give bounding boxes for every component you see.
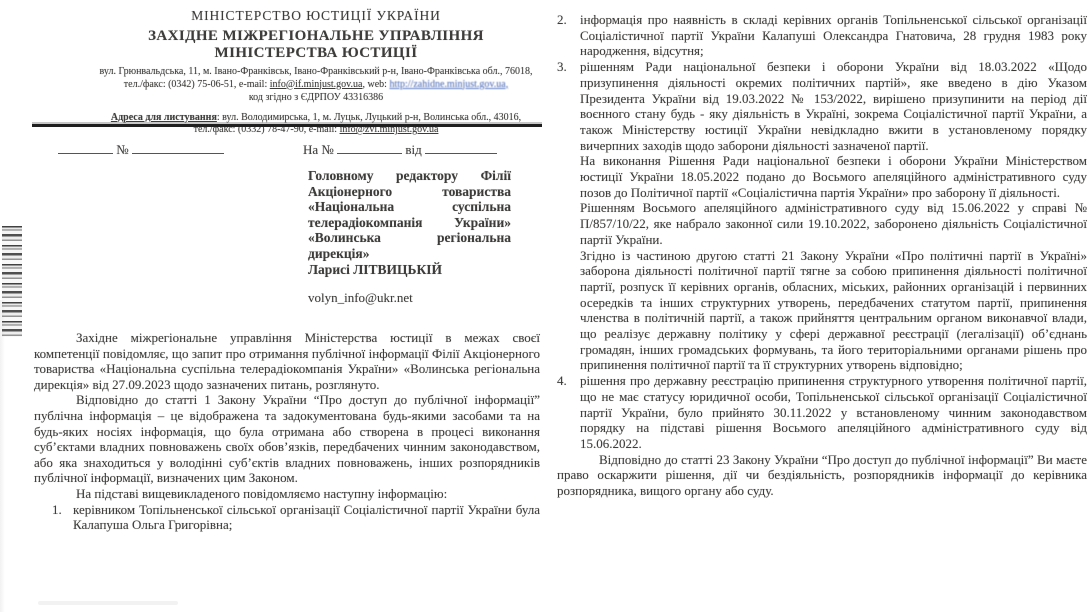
- page-1: МІНІСТЕРСТВО ЮСТИЦІЇ УКРАЇНИ ЗАХІДНЕ МІЖ…: [30, 0, 542, 612]
- item-paragraph: рішенням Ради національної безпеки і обо…: [580, 59, 1087, 153]
- item-paragraph: На виконання Рішення Ради національної б…: [580, 153, 1087, 200]
- web-label: , web:: [362, 79, 389, 90]
- letter-body-right: 2. інформація про наявність в складі кер…: [557, 12, 1087, 499]
- mailing-line1-rest: : вул. Володимирська, 1, м. Луцьк, Луцьк…: [217, 112, 521, 123]
- department-title-line2: МІНІСТЕРСТВА ЮСТИЦІЇ: [90, 45, 542, 62]
- barcode: [2, 226, 22, 337]
- letterhead-web-link: http://zahidne.minjust.gov.ua,: [389, 79, 508, 90]
- edrpou-code: код згідно з ЄДРПОУ 43316386: [90, 92, 542, 105]
- blank-line: [425, 141, 497, 154]
- vid-label: від: [405, 142, 421, 157]
- item-number: 4.: [557, 373, 567, 389]
- paragraph: На підставі вищевикладеного повідомляємо…: [34, 486, 540, 502]
- recipient-name: Ларисі ЛІТВИЦЬКІЙ: [308, 262, 511, 278]
- item-number: 2.: [557, 12, 567, 28]
- list-item-3: 3. рішенням Ради національної безпеки і …: [557, 59, 1087, 373]
- recipient-address: Головному редактору Філії Акціонерного т…: [308, 168, 511, 262]
- no-label: №: [116, 142, 128, 157]
- letter-body-left: Західне міжрегіональне управління Мініст…: [34, 330, 540, 533]
- blank-line: [58, 141, 113, 154]
- ministry-title: МІНІСТЕРСТВО ЮСТИЦІЇ УКРАЇНИ: [90, 8, 542, 24]
- item-text: рішення про державну реєстрацію припинен…: [580, 373, 1087, 451]
- blank-line: [132, 141, 224, 154]
- paragraph: Західне міжрегіональне управління Мініст…: [34, 330, 540, 392]
- outgoing-number-field: №: [58, 141, 224, 158]
- list-item-2: 2. інформація про наявність в складі кер…: [557, 12, 1087, 59]
- scanned-letter: МІНІСТЕРСТВО ЮСТИЦІЇ УКРАЇНИ ЗАХІДНЕ МІЖ…: [0, 0, 1088, 612]
- address-line2-prefix: тел./факс: (0342) 75-06-51, e-mail:: [124, 79, 270, 90]
- item-paragraph: Згідно із частиною другою статті 21 Зако…: [580, 248, 1087, 374]
- recipient-block: Головному редактору Філії Акціонерного т…: [308, 168, 511, 306]
- address-line1: вул. Грюнвальдська, 11, м. Івано-Франків…: [100, 66, 533, 77]
- list-item-1: 1. керівником Топільненської сільської о…: [52, 502, 540, 533]
- letterhead: МІНІСТЕРСТВО ЮСТИЦІЇ УКРАЇНИ ЗАХІДНЕ МІЖ…: [90, 8, 542, 137]
- item-text: інформація про наявність в складі керівн…: [580, 12, 1087, 58]
- item-number: 1.: [52, 502, 62, 518]
- list-item-4: 4. рішення про державну реєстрацію припи…: [557, 373, 1087, 452]
- page-2: 2. інформація про наявність в складі кер…: [557, 0, 1087, 612]
- closing-paragraph: Відповідно до статті 23 Закону України “…: [557, 452, 1087, 499]
- numbered-list: 1. керівником Топільненської сільської о…: [34, 502, 540, 533]
- item-number: 3.: [557, 59, 567, 75]
- item-paragraph: Рішенням Восьмого апеляційного адміністр…: [580, 200, 1087, 247]
- letterhead-divider: [32, 124, 542, 127]
- letterhead-email: info@if.minjust.gov.ua: [270, 79, 363, 90]
- paragraph: Відповідно до статті 1 Закону України “П…: [34, 392, 540, 486]
- item-text: керівником Топільненської сільської орга…: [73, 502, 540, 533]
- mailing-label: Адреса для листування: [111, 112, 217, 123]
- blank-line: [337, 141, 402, 154]
- scan-edge-artifact: [0, 300, 5, 612]
- na-no-label: На №: [303, 142, 334, 157]
- department-title-line1: ЗАХІДНЕ МІЖРЕГІОНАЛЬНЕ УПРАВЛІННЯ: [90, 28, 542, 45]
- incoming-number-field: На № від: [303, 141, 497, 158]
- letterhead-address: вул. Грюнвальдська, 11, м. Івано-Франків…: [90, 66, 542, 91]
- recipient-email: volyn_info@ukr.net: [308, 290, 511, 306]
